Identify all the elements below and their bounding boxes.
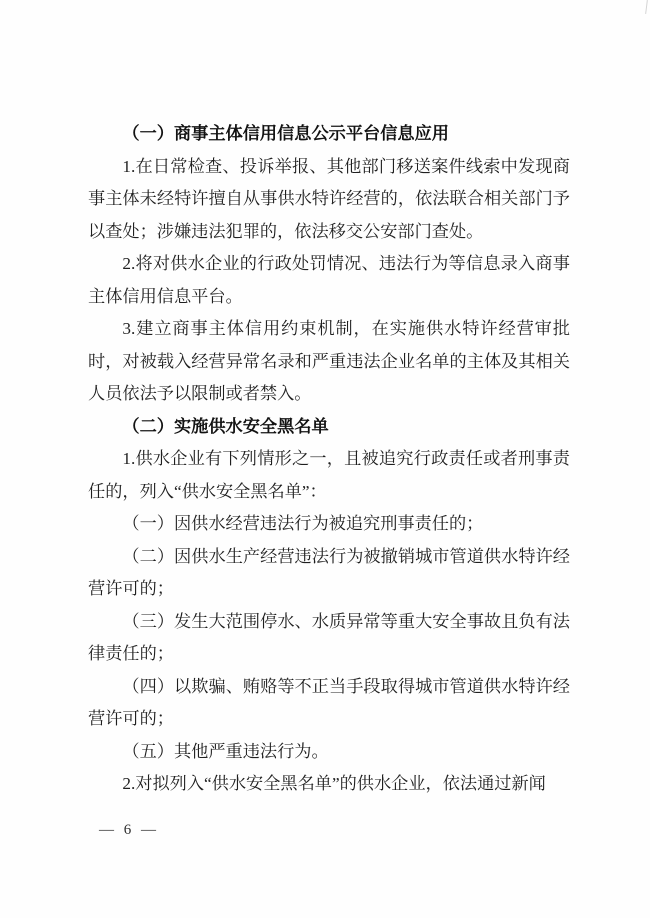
page-number: — 6 — (99, 822, 159, 839)
scan-artifact-mark (645, 0, 648, 14)
document-body: （一）商事主体信用信息公示平台信息应用 1.在日常检查、投诉举报、其他部门移送案… (88, 118, 570, 801)
paragraph: 1.在日常检查、投诉举报、其他部门移送案件线索中发现商事主体未经特许擅自从事供水… (88, 151, 570, 249)
paragraph: 2.将对供水企业的行政处罚情况、违法行为等信息录入商事主体信用信息平台。 (88, 248, 570, 313)
section-heading: （二）实施供水安全黑名单 (88, 411, 570, 444)
section-heading: （一）商事主体信用信息公示平台信息应用 (88, 118, 570, 151)
paragraph: 3.建立商事主体信用约束机制，在实施供水特许经营审批时，对被载入经营异常名录和严… (88, 313, 570, 411)
list-item: （二）因供水生产经营违法行为被撤销城市管道供水特许经营许可的； (88, 541, 570, 606)
list-item: （五）其他严重违法行为。 (88, 736, 570, 769)
paragraph: 1.供水企业有下列情形之一，且被追究行政责任或者刑事责任的，列入“供水安全黑名单… (88, 443, 570, 508)
document-page: （一）商事主体信用信息公示平台信息应用 1.在日常检查、投诉举报、其他部门移送案… (0, 0, 650, 918)
paragraph: 2.对拟列入“供水安全黑名单”的供水企业，依法通过新闻 (88, 768, 570, 801)
list-item: （一）因供水经营违法行为被追究刑事责任的； (88, 508, 570, 541)
list-item: （三）发生大范围停水、水质异常等重大安全事故且负有法律责任的； (88, 606, 570, 671)
list-item: （四）以欺骗、贿赂等不正当手段取得城市管道供水特许经营许可的； (88, 671, 570, 736)
